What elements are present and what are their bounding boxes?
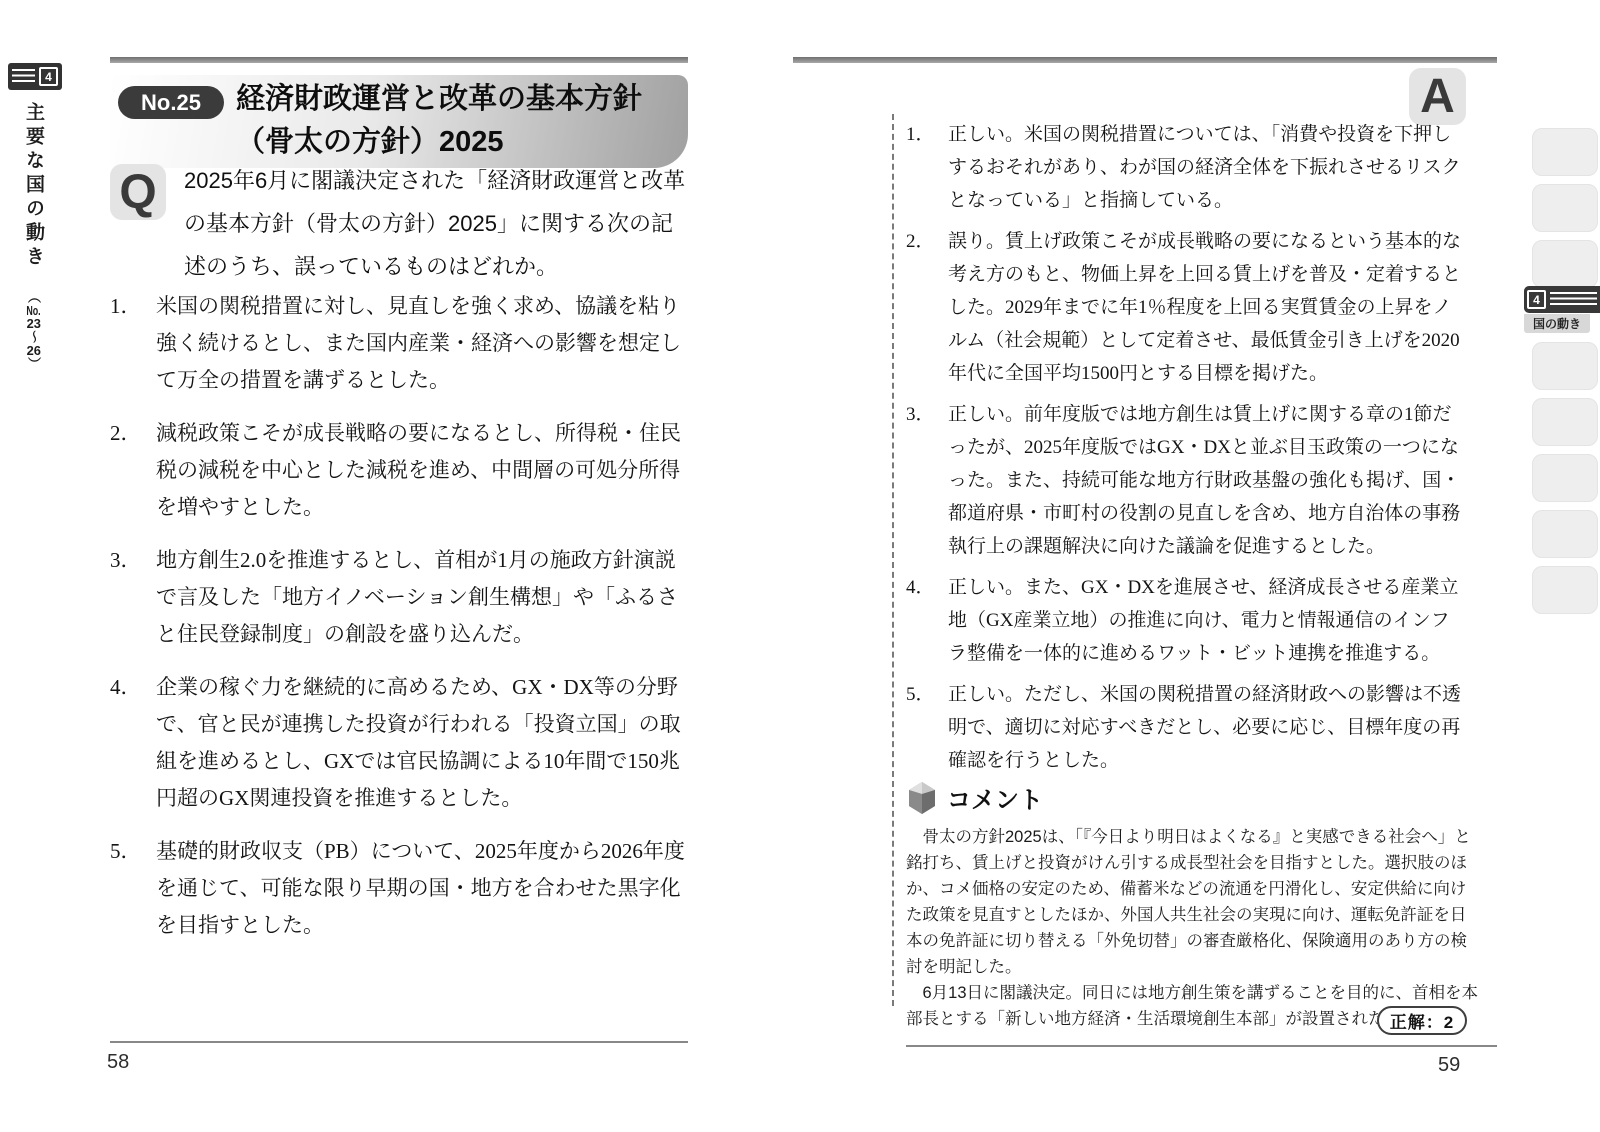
- index-tab-ghost: [1532, 510, 1598, 558]
- answer-text: 正しい。また、GX・DXを進展させ、経済成長させる産業立地（GX産業立地）の推進…: [948, 571, 1468, 670]
- answer-row: 4． 正しい。また、GX・DXを進展させ、経済成長させる産業立地（GX産業立地）…: [906, 571, 1468, 670]
- index-tab-ghost: [1532, 454, 1598, 502]
- index-tab-active-bar: 4: [1524, 286, 1600, 313]
- range-end: 26: [26, 344, 41, 357]
- gem-icon: [906, 781, 938, 815]
- answer-text: 正しい。米国の関税措置については、「消費や投資を下押しするおそれがあり、わが国の…: [948, 118, 1468, 217]
- comment-heading: コメント: [947, 780, 1043, 815]
- answer-number: 1．: [906, 118, 948, 217]
- answers-list: 1． 正しい。米国の関税措置については、「消費や投資を下押しするおそれがあり、わ…: [906, 118, 1468, 785]
- option-number: 3．: [110, 542, 156, 653]
- comment-section: コメント 骨太の方針2025は、「『今日より明日はよくなる』と実感できる社会へ」…: [906, 780, 1482, 1032]
- question-text-block: 2025年6月に閣議決定された「経済財政運営と改革の基本方針（骨太の方針）202…: [110, 159, 690, 288]
- answer-number: 5．: [906, 678, 948, 777]
- range-no-label: No.: [26, 304, 41, 317]
- option-row: 1． 米国の関税措置に対し、見直しを強く求め、協議を粘り強く続けるとし、また国内…: [110, 288, 688, 399]
- option-number: 5．: [110, 833, 156, 944]
- index-tab-active: 4 国の動き: [1524, 286, 1600, 333]
- option-text: 企業の稼ぐ力を継続的に高めるため、GX・DX等の分野で、官と民が連携した投資が行…: [156, 669, 688, 817]
- stripes-icon: [12, 69, 35, 84]
- question-number-badge: No.25: [118, 86, 224, 119]
- left-page-number: 58: [107, 1051, 129, 1074]
- right-page-bottom-rule: [906, 1045, 1497, 1047]
- answer-text: 誤り。賃上げ政策こそが成長戦略の要になるという基本的な考え方のもと、物価上昇を上…: [948, 225, 1468, 390]
- option-row: 5． 基礎的財政収支（PB）について、2025年度から2026年度を通じて、可能…: [110, 833, 688, 944]
- answer-row: 5． 正しい。ただし、米国の関税措置の経済財政への影響は不透明で、適切に対応すべ…: [906, 678, 1468, 777]
- answer-text: 正しい。前年度版では地方創生は賃上げに関する章の1節だったが、2025年度版では…: [948, 398, 1468, 563]
- book-spread: 4 主要な国の動き （No.23～26） No.25 経済財政運営と改革の基本方…: [0, 0, 1600, 1132]
- index-tab-ghost: [1532, 184, 1598, 232]
- chapter-number-box: 4: [39, 67, 58, 86]
- right-page-number: 59: [1438, 1054, 1460, 1077]
- chapter-number-box: 4: [1527, 290, 1546, 309]
- option-number: 1．: [110, 288, 156, 399]
- answer-column-dashed-rule: [892, 114, 894, 1006]
- chapter-title-text: 主要な国の動き: [23, 102, 44, 270]
- index-tab-ghost: [1532, 128, 1598, 176]
- answer-row: 1． 正しい。米国の関税措置については、「消費や投資を下押しするおそれがあり、わ…: [906, 118, 1468, 217]
- stripes-icon: [1550, 292, 1597, 307]
- option-text: 米国の関税措置に対し、見直しを強く求め、協議を粘り強く続けるとし、また国内産業・…: [156, 288, 688, 399]
- range-tilde: ～: [26, 330, 41, 344]
- chapter-vertical-title: 主要な国の動き （No.23～26）: [20, 102, 47, 371]
- index-tab-ghost: [1532, 398, 1598, 446]
- question-text: 2025年6月に閣議決定された「経済財政運営と改革の基本方針（骨太の方針）202…: [110, 159, 690, 288]
- option-number: 2．: [110, 415, 156, 526]
- question-title-band: No.25 経済財政運営と改革の基本方針 （骨太の方針）2025: [110, 75, 688, 168]
- chapter-tab-left: 4: [8, 63, 62, 90]
- answer-number: 4．: [906, 571, 948, 670]
- left-page-bottom-rule: [110, 1041, 688, 1043]
- question-title-line1: 経済財政運営と改革の基本方針: [236, 78, 642, 121]
- answer-number: 3．: [906, 398, 948, 563]
- index-tab-ghost: [1532, 566, 1598, 614]
- range-close-paren: ）: [26, 357, 41, 371]
- correct-answer-badge: 正解：2: [1377, 1006, 1467, 1035]
- option-number: 4．: [110, 669, 156, 817]
- question-title-line2: （骨太の方針）2025: [236, 121, 642, 164]
- index-tab-ghost: [1532, 342, 1598, 390]
- option-row: 3． 地方創生2.0を推進するとし、首相が1月の施政方針演説で言及した「地方イノ…: [110, 542, 688, 653]
- comment-heading-row: コメント: [906, 780, 1482, 815]
- answer-number: 2．: [906, 225, 948, 390]
- range-start: 23: [26, 317, 41, 330]
- q-icon-spacer: [110, 159, 184, 249]
- left-page-top-rule: [110, 57, 688, 63]
- option-row: 4． 企業の稼ぐ力を継続的に高めるため、GX・DX等の分野で、官と民が連携した投…: [110, 669, 688, 817]
- options-list: 1． 米国の関税措置に対し、見直しを強く求め、協議を粘り強く続けるとし、また国内…: [110, 288, 688, 960]
- comment-body: 骨太の方針2025は、「『今日より明日はよくなる』と実感できる社会へ」と銘打ち、…: [906, 824, 1482, 1032]
- option-text: 地方創生2.0を推進するとし、首相が1月の施政方針演説で言及した「地方イノベーシ…: [156, 542, 688, 653]
- comment-paragraph: 骨太の方針2025は、「『今日より明日はよくなる』と実感できる社会へ」と銘打ち、…: [906, 824, 1482, 980]
- answer-row: 3． 正しい。前年度版では地方創生は賃上げに関する章の1節だったが、2025年度…: [906, 398, 1468, 563]
- index-tab-ghost: [1532, 240, 1598, 288]
- option-text: 基礎的財政収支（PB）について、2025年度から2026年度を通じて、可能な限り…: [156, 833, 688, 944]
- range-open-paren: （: [26, 290, 41, 304]
- option-row: 2． 減税政策こそが成長戦略の要になるとし、所得税・住民税の減税を中心とした減税…: [110, 415, 688, 526]
- chapter-range-text: （No.23～26）: [26, 290, 41, 371]
- right-page-top-rule: [793, 57, 1497, 63]
- answer-text: 正しい。ただし、米国の関税措置の経済財政への影響は不透明で、適切に対応すべきだと…: [948, 678, 1468, 777]
- answer-row: 2． 誤り。賃上げ政策こそが成長戦略の要になるという基本的な考え方のもと、物価上…: [906, 225, 1468, 390]
- index-tab-label: 国の動き: [1524, 314, 1590, 333]
- question-title: 経済財政運営と改革の基本方針 （骨太の方針）2025: [236, 78, 642, 164]
- option-text: 減税政策こそが成長戦略の要になるとし、所得税・住民税の減税を中心とした減税を進め…: [156, 415, 688, 526]
- answer-a-icon: A: [1409, 68, 1466, 125]
